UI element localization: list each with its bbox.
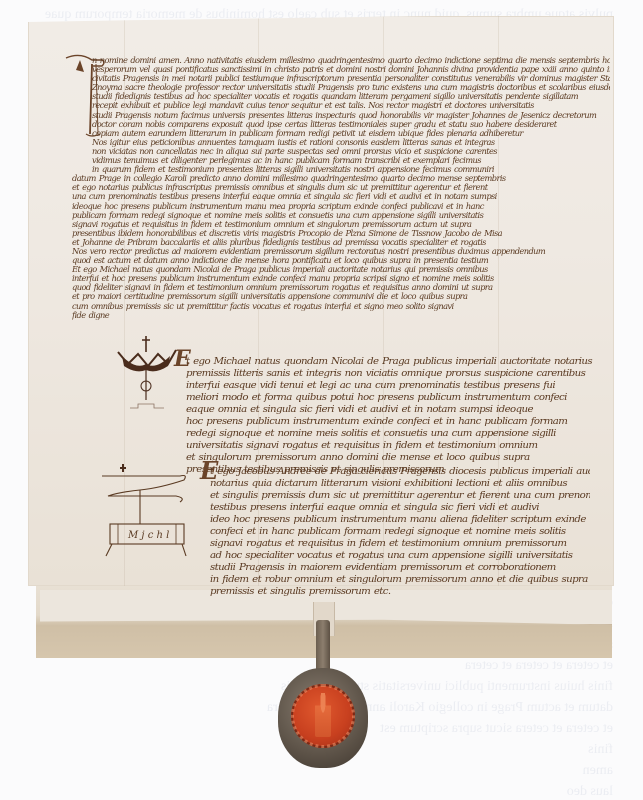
text-line: in fidem et robur omnium et singulorum p… [210, 574, 590, 585]
text-line: notarius quia dictarum litterarum vision… [210, 478, 590, 489]
notary-sign-2-icon: M j c h l [100, 460, 200, 560]
paragraph-notary-subscription-2: t ego Jacobus Andree de Praga clericus P… [210, 466, 590, 598]
text-line: studii fidedignis testibus ad hoc specia… [92, 93, 610, 102]
text-line: datum Prage in collegio Karoli predicto … [72, 174, 610, 183]
text-line: cum omnibus premissis sic ut premittitur… [72, 302, 610, 311]
text-line: testibus presens interfui eaque omnia et… [210, 502, 590, 513]
text-line: fide digne [72, 311, 610, 320]
text-line: vidimus tenuimus et diligenter perlegimu… [92, 156, 610, 165]
text-line: eaque omnia et singula sic fieri vidi et… [186, 404, 596, 415]
text-line: Et ego Michael natus quondam Nicolai de … [72, 265, 610, 274]
text-line: una cum prenominatis testibus presens in… [72, 193, 610, 202]
text-line: Znoyma sacre theologie professor rector … [92, 84, 610, 93]
text-line: universitatis signavi rogatus et requisi… [186, 440, 596, 451]
text-line: vesperorum vel quasi pontificatus sancti… [92, 65, 610, 74]
text-line: ideoque hoc presens publicum instrumentu… [72, 202, 610, 211]
text-line: interfui easque vidi tenui et legi ac un… [186, 380, 596, 391]
text-line: quod fideliter signavi in fidem et testi… [72, 284, 610, 293]
paragraph-notary-subscription-1: t ego Michael natus quondam Nicolai de P… [186, 356, 596, 476]
text-line: confeci et in hanc publicam formam redeg… [210, 526, 590, 537]
text-line: n nomine domini amen. Anno nativitatis e… [92, 56, 610, 65]
text-line: in quarum fidem et testimonium presentes… [92, 165, 610, 174]
text-line: copiam autem earundem litterarum in publ… [92, 129, 610, 138]
text-line: doctor coram nobis comparens exposuit qu… [92, 120, 610, 129]
text-line: premissis et singulis premissorum etc. [210, 586, 590, 597]
notary-sign-1-icon [112, 330, 182, 420]
text-line: ideo hoc presens publicum instrumentum m… [210, 514, 590, 525]
text-line: studii Pragensis in maiorem evidentiam p… [210, 562, 590, 573]
text-line: et ego notarius publicus infrascriptus p… [72, 184, 610, 193]
paragraph-main-charter-text: n nomine domini amen. Anno nativitatis e… [92, 56, 610, 320]
text-line: meliori modo et forma quibus potui hoc p… [186, 392, 596, 403]
text-line: ad hoc specialiter vocatus et rogatus un… [210, 550, 590, 561]
text-line: quod est actum et datum anno indictione … [72, 256, 610, 265]
text-line: hoc presens publicum instrumentum exinde… [186, 416, 596, 427]
text-line: studii Pragensis notum facimus universis… [92, 111, 610, 120]
text-line: et pro maiori certitudine premissorum si… [72, 293, 610, 302]
text-line: interfui et hoc presens publicum instrum… [72, 274, 610, 283]
text-line: t ego Michael natus quondam Nicolai de P… [186, 356, 596, 367]
text-line: recepit exhibuit et publice legi mandavi… [92, 102, 610, 111]
text-line: civitatis Pragensis in mei notarii publi… [92, 74, 610, 83]
text-line: et singulis premissis dum sic ut premitt… [210, 490, 590, 501]
notary-cartouche-text: M j c h l [127, 530, 169, 541]
text-line: et singulorum premissorum anno domini di… [186, 452, 596, 463]
seal-saint-figure-icon [315, 693, 331, 737]
text-line: publicam formam redegi signoque et nomin… [72, 211, 610, 220]
text-line: Nos vero rector predictus ad maiorem evi… [72, 247, 610, 256]
text-line: t ego Jacobus Andree de Praga clericus P… [210, 466, 590, 477]
text-line: redegi signoque et nomine meis solitis e… [186, 428, 596, 439]
text-line: Nos igitur eius peticionibus annuentes t… [92, 138, 610, 147]
text-line: signavi rogatus et requisitus in fidem e… [210, 538, 590, 549]
text-line: presentibus ibidem honorabilibus et disc… [72, 229, 610, 238]
text-line: et Johanne de Pribram baccalariis et ali… [72, 238, 610, 247]
text-line: signavi rogatus et requisitus in fidem e… [72, 220, 610, 229]
text-line: premissis litteris sanis et integris non… [186, 368, 596, 379]
text-line: non viciatas non cancellatas nec in aliq… [92, 147, 610, 156]
